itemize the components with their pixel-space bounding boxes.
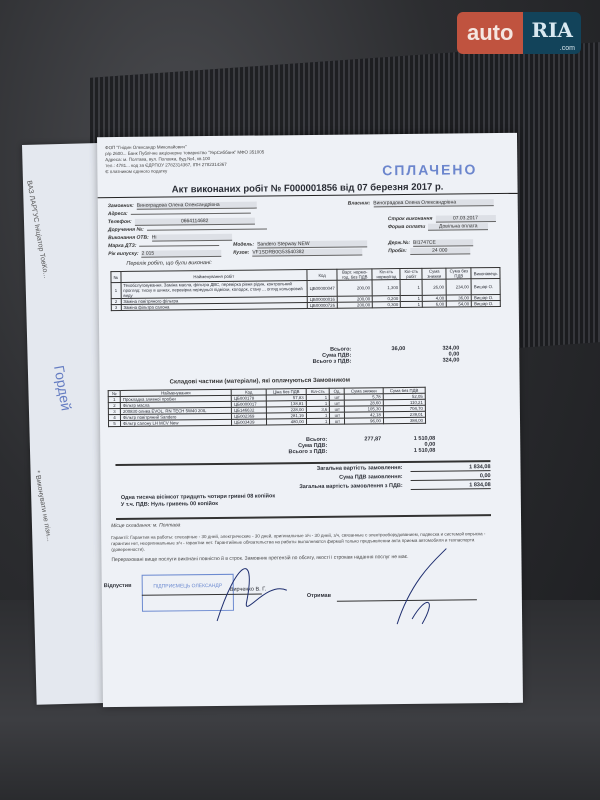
watermark-ria: RIA.com (523, 12, 581, 54)
column-header: Сума без ПДВ (446, 268, 471, 279)
column-header: Виконавець (471, 268, 500, 279)
works-table-body: 1Техобслуговування. Заміна масла, фільтр… (111, 279, 500, 311)
table-cell: 1 (111, 282, 121, 298)
grand-total-box: Загальна вартість замовлення:1 834,08 Су… (115, 460, 491, 520)
table-cell: 1 (401, 301, 423, 307)
grand-vat-value: 0,00 (411, 473, 491, 481)
table-cell: Вишар О. (472, 301, 501, 307)
work-completion-act: ФОП "Гнідин Олександр Миколайович" р/р 2… (97, 133, 523, 707)
field-label: Модель: (233, 242, 254, 248)
watermark-auto: auto (457, 12, 523, 54)
field-value: 0664114682 (135, 218, 255, 226)
grand-total-label: Загальна вартість замовлення: (317, 465, 403, 473)
table-cell: 6,00 (423, 301, 447, 307)
field-value: Виноградова Олена Олександрівна (373, 199, 493, 207)
field-label: Власник: (348, 200, 371, 206)
with-vat-label: Всього з ПДВ: (288, 449, 327, 455)
column-header: Кіл-сть нормо/год (372, 269, 400, 280)
table-cell: ЦБ00000016 (307, 296, 337, 302)
table-cell: 1,300 (372, 280, 400, 296)
column-header: Кіл-сть робіт (400, 268, 422, 279)
field-label: Рік випуску: (108, 251, 138, 257)
autoria-watermark: auto RIA.com (457, 12, 581, 54)
place-of-issue: Місце складання: м. Полтава (111, 522, 180, 529)
table-cell: ЦБ00000047 (307, 280, 337, 296)
field-value: Виноградова Олена Олександрівна (137, 202, 257, 210)
table-cell: 5 (108, 420, 120, 426)
company-header: ФОП "Гнідин Олександр Миколайович" р/р 2… (105, 143, 264, 175)
with-vat-value: 324,00 (419, 357, 459, 363)
table-cell: Фільтр салону LH MCV New (121, 419, 232, 426)
field-label: Строк виконання (388, 216, 433, 222)
parts-with-vat-row: Всього з ПДВ:1 510,08 (240, 448, 435, 456)
works-table: №Найменування робітКодВарт. нормо-год. б… (110, 267, 500, 311)
with-vat-label: Всього з ПДВ: (313, 359, 352, 365)
table-cell: 200,00 (337, 280, 372, 296)
amount-in-words: Одна тисяча вісімсот тридцять чотири гри… (121, 493, 275, 509)
table-cell: ЦБ003439 (232, 419, 267, 425)
field-value: ВІ1747СЕ (413, 239, 473, 247)
table-cell: 96,00 (345, 418, 384, 424)
works-totals: Всього:36,00324,00 Сума ПДВ:0,00 Всього … (269, 345, 459, 365)
parts-totals: Всього:277,871 510,08 Сума ПДВ:0,00 Всьо… (240, 436, 435, 456)
field-value (147, 228, 267, 230)
field-label: Пробіг: (388, 248, 407, 254)
field-model: Модель:Sandero Stepway NEW (233, 240, 367, 248)
field-label: Доручення №: (108, 227, 144, 233)
grand-with-vat-row: Загальна вартість замовлення з ПДВ:1 834… (116, 482, 491, 493)
table-cell: 200,00 (337, 302, 372, 308)
watermark-suffix: .com (560, 45, 575, 52)
field-label: Телефон: (108, 219, 132, 225)
table-cell: 1 (401, 279, 423, 295)
field-label: Марка ДТЗ: (108, 243, 136, 249)
field-label: Адреса: (108, 211, 128, 217)
field-value: Sandero Stepway NEW (257, 240, 367, 248)
field-value (131, 213, 251, 215)
table-cell: 54,00 (447, 301, 472, 307)
field-label: Кузов: (233, 250, 249, 256)
table-cell: шт (330, 418, 345, 424)
field-body: Кузов:VF1SDRB0G53540382 (233, 248, 362, 256)
table-cell: 26,00 (422, 279, 446, 295)
field-power-of-attorney: Доручення №: (108, 225, 267, 233)
table-cell: 1 (306, 418, 330, 424)
table-cell: 3 (111, 304, 121, 310)
header-line: Є платником єдиного податку (105, 167, 264, 175)
field-label: Виконання ОТВ: (108, 235, 149, 241)
field-owner: Власник:Виноградова Олена Олександрівна (348, 199, 494, 208)
field-label: Форма оплати (388, 224, 425, 230)
table-cell: Вишар О. (471, 279, 500, 295)
field-otv: Виконання ОТВ:Ні (108, 234, 232, 242)
paid-stamp: СПЛАЧЕНО (382, 161, 477, 178)
table-cell: 384,00 (383, 417, 425, 423)
field-year: Рік випуску:2 015 (108, 250, 221, 258)
table-cell: Техобслуговування. Заміна масла, фільтра… (121, 281, 308, 299)
field-value: 2 015 (142, 250, 222, 258)
column-header: Варт. нормо-год. без ПДВ (337, 269, 372, 280)
field-deadline: Строк виконання07.03.2017 (388, 215, 496, 223)
table-cell: Заміна фільтра салона (121, 303, 307, 311)
column-header: Код (307, 269, 337, 280)
table-cell: ЦБ00000726 (307, 302, 337, 308)
works-caption: Перелік робіт, що були виконані: (126, 260, 212, 267)
field-value: 24 000 (410, 247, 470, 255)
table-cell: 480,00 (266, 419, 306, 425)
column-header: Сума знижки (422, 268, 446, 279)
with-vat-value: 1 510,08 (395, 448, 435, 454)
column-header: № (111, 271, 121, 282)
document-title: Акт виконаних робіт № F000001856 від 07 … (98, 181, 518, 198)
released-label: Відпустив (104, 583, 132, 589)
field-plate: Держ.№:ВІ1747СЕ (388, 239, 473, 247)
table-cell: 0,300 (373, 302, 401, 308)
field-value: Ні (152, 234, 232, 242)
signature-scribbles (196, 538, 497, 631)
field-value: 07.03.2017 (435, 215, 495, 223)
works-with-vat-row: Всього з ПДВ:324,00 (269, 357, 459, 365)
field-address: Адреса: (108, 210, 251, 217)
field-mileage: Пробіг:24 000 (388, 247, 470, 255)
field-make: Марка ДТЗ: (108, 242, 219, 249)
field-label: Замовник: (108, 203, 134, 209)
field-value: Довільна оплата (428, 223, 488, 231)
parts-caption: Складові частини (матеріали), які оплачу… (170, 378, 350, 386)
parts-table-body: 1Прокладка зливної пробкиЦБ00017857,831ш… (108, 393, 425, 426)
grand-with-vat-label: Загальна вартість замовлення з ПДВ: (299, 483, 402, 491)
grand-total-value: 1 834,08 (410, 464, 490, 472)
watermark-ria-text: RIA (531, 18, 573, 42)
grand-with-vat-value: 1 834,08 (411, 482, 491, 490)
field-value (140, 245, 220, 247)
field-payment-form: Форма оплатиДовільна оплата (388, 223, 488, 231)
table-cell: 234,00 (446, 279, 471, 295)
grand-vat-label: Сума ПДВ замовлення: (339, 474, 403, 482)
field-label: Держ.№: (388, 240, 410, 246)
field-value: VF1SDRB0G53540382 (252, 248, 362, 256)
parts-table: №НайменуванняКодЦіна без ПДВКіл-стьОд.Су… (108, 387, 426, 427)
